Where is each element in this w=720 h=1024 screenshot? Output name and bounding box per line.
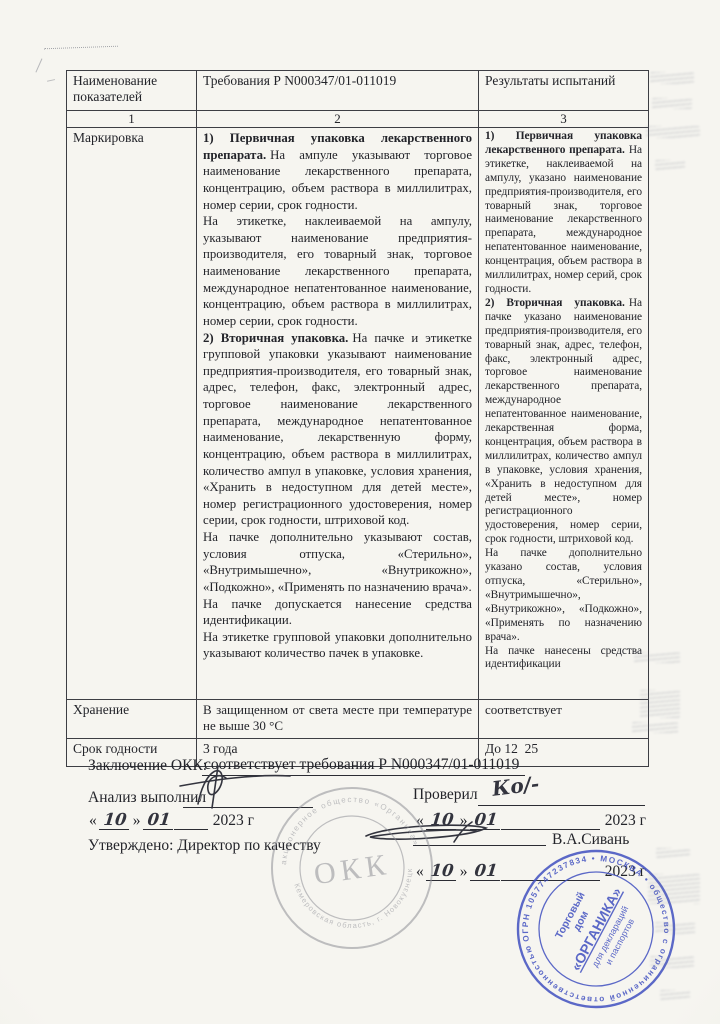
bleed-through-mark [632,722,678,733]
table-header-row: Наименование показателей Требования Р N0… [67,71,649,111]
requirement-paragraph: 2) Вторичная упаковка.На пачке и этикетк… [203,330,472,530]
bleed-through-mark [655,922,695,934]
requirement-paragraph: 1) Первичная упаковка лекарственного пре… [203,130,472,213]
col-number-3: 3 [479,111,649,128]
bleed-through-mark [652,98,692,109]
col-header-results: Результаты испытаний [479,71,649,111]
result-paragraph: 2) Вторичная упаковка.На пачке указано н… [485,297,642,547]
handwritten-month: 01 [142,810,174,830]
checker-signature: Ко/- [491,771,541,801]
specification-table: Наименование показателей Требования Р N0… [66,70,649,767]
bleed-through-mark [640,690,680,718]
indicator-name-marking: Маркировка [67,128,197,700]
scan-artifact-dash [44,46,118,50]
marking-requirements-cell: 1) Первичная упаковка лекарственного пре… [197,128,479,700]
analyst-date-row: « 10 » 01 2023 г [86,810,254,830]
checker-signature-line [478,805,645,806]
bleed-through-mark [660,990,690,1000]
column-number-row: 1 2 3 [67,111,649,128]
requirement-paragraph: На этикетке групповой упаковки дополните… [203,629,472,662]
scan-artifact-tick-small [45,69,55,81]
requirement-paragraph: На пачке дополнительно указывают состав,… [203,529,472,596]
bleed-through-mark [646,126,700,138]
col-number-2: 2 [197,111,479,128]
result-paragraph: 1) Первичная упаковка лекарственного пре… [485,130,642,297]
bleed-through-mark [656,848,690,858]
result-paragraph: На пачке нанесены средства идентификации [485,645,642,673]
document-page: Наименование показателей Требования Р N0… [0,0,720,1024]
bleed-through-mark [634,652,680,663]
okk-round-stamp: акционерное общество «Органика» Кемеровс… [255,771,449,965]
bleed-through-mark [648,874,700,904]
col-number-1: 1 [67,111,197,128]
requirement-paragraph: На пачке допускается нанесение средства … [203,596,472,629]
bleed-through-mark [655,160,685,170]
handwritten-day: 10 [99,810,131,830]
date-year: 2023 г [605,812,646,830]
result-paragraph: На пачке дополнительно указано состав, у… [485,547,642,644]
okk-stamp-center-text: ОКК [312,848,393,891]
col-header-indicators: Наименование показателей [67,71,197,111]
bleed-through-mark [650,956,694,968]
storage-row: Хранение В защищенном от света месте при… [67,700,649,739]
storage-result: соответствует [479,700,649,739]
indicator-name-storage: Хранение [67,700,197,739]
col-header-requirements: Требования Р N000347/01-011019 [197,71,479,111]
bleed-through-mark [650,72,694,84]
date-year: 2023 г [213,812,254,830]
marking-row: Маркировка 1) Первичная упаковка лекарст… [67,128,649,700]
handwritten-month: 01 [469,861,501,881]
marking-results-cell: 1) Первичная упаковка лекарственного пре… [479,128,649,700]
requirement-paragraph: На этикетке, наклеиваемой на ампулу, ука… [203,213,472,329]
storage-requirement: В защищенном от света месте при температ… [197,700,479,739]
